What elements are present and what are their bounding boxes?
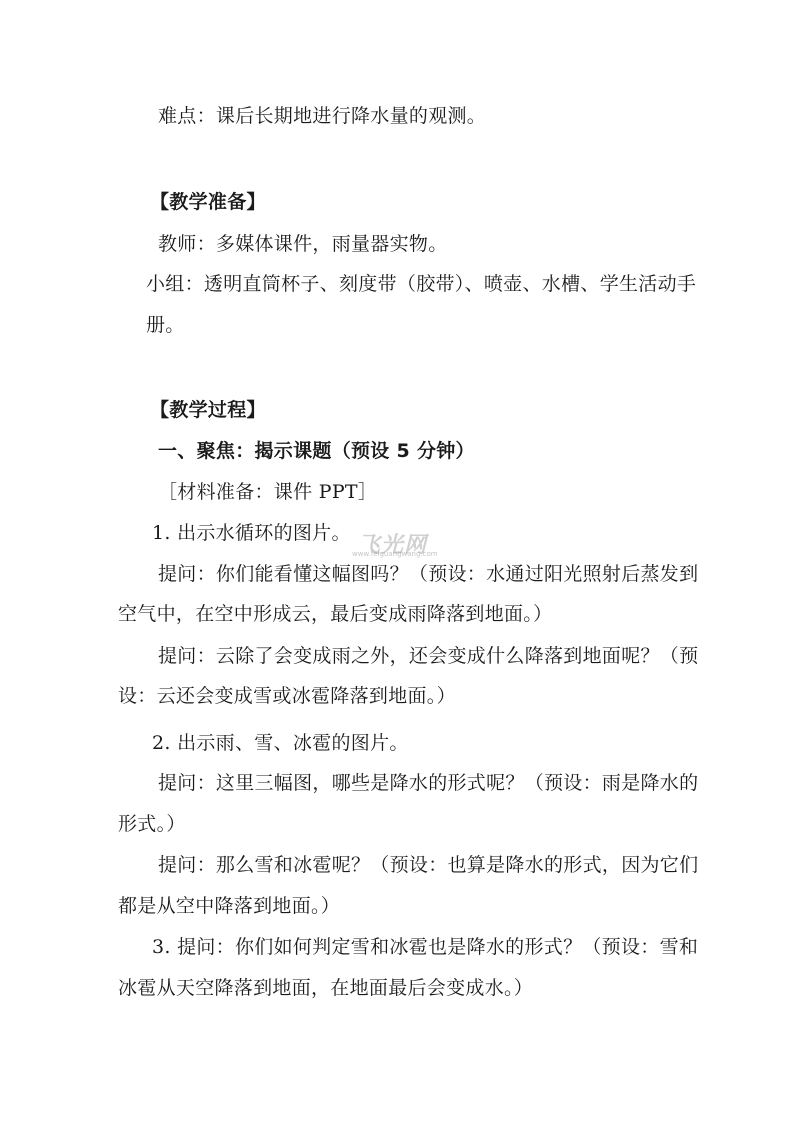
prep-group-line2: 册。 [146, 313, 185, 337]
prep-heading: 【教学准备】 [150, 190, 266, 214]
q3-line2: 形式。） [118, 812, 186, 836]
q4-line1: 提问：那么雪和冰雹呢？（预设：也算是降水的形式，因为它们 [158, 853, 698, 877]
materials-note: ［材料准备：课件 PPT］ [158, 480, 377, 504]
step1: 1. 出示水循环的图片。 [152, 521, 351, 545]
watermark-url: www.feiguangwang.com [352, 550, 438, 558]
process-heading: 【教学过程】 [150, 398, 266, 422]
q1-line2: 空气中，在空中形成云，最后变成雨降落到地面。） [118, 602, 552, 626]
q2-line1: 提问：云除了会变成雨之外，还会变成什么降落到地面呢？（预 [158, 644, 698, 668]
prep-teacher: 教师：多媒体课件，雨量器实物。 [158, 232, 448, 256]
q2-line2: 设：云还会变成雪或冰雹降落到地面。） [118, 684, 456, 708]
q1-line1: 提问：你们能看懂这幅图吗？（预设：水通过阳光照射后蒸发到 [158, 562, 698, 586]
section1-title: 一、聚焦：揭示课题（预设 5 分钟） [158, 439, 475, 463]
prep-group-line1: 小组：透明直筒杯子、刻度带（胶带）、喷壶、水槽、学生活动手 [146, 272, 696, 296]
q4-line2: 都是从空中降落到地面。） [118, 894, 340, 918]
step3-line1: 3. 提问：你们如何判定雪和冰雹也是降水的形式？（预设：雪和 [152, 935, 698, 959]
q3-line1: 提问：这里三幅图，哪些是降水的形式呢？（预设：雨是降水的 [158, 771, 698, 795]
difficulty-text: 难点：课后长期地进行降水量的观测。 [158, 104, 486, 128]
watermark-main: 飞光网 [358, 528, 427, 559]
step2: 2. 出示雨、雪、冰雹的图片。 [152, 731, 409, 755]
step3-line2: 冰雹从天空降落到地面，在地面最后会变成水。） [118, 976, 533, 1000]
